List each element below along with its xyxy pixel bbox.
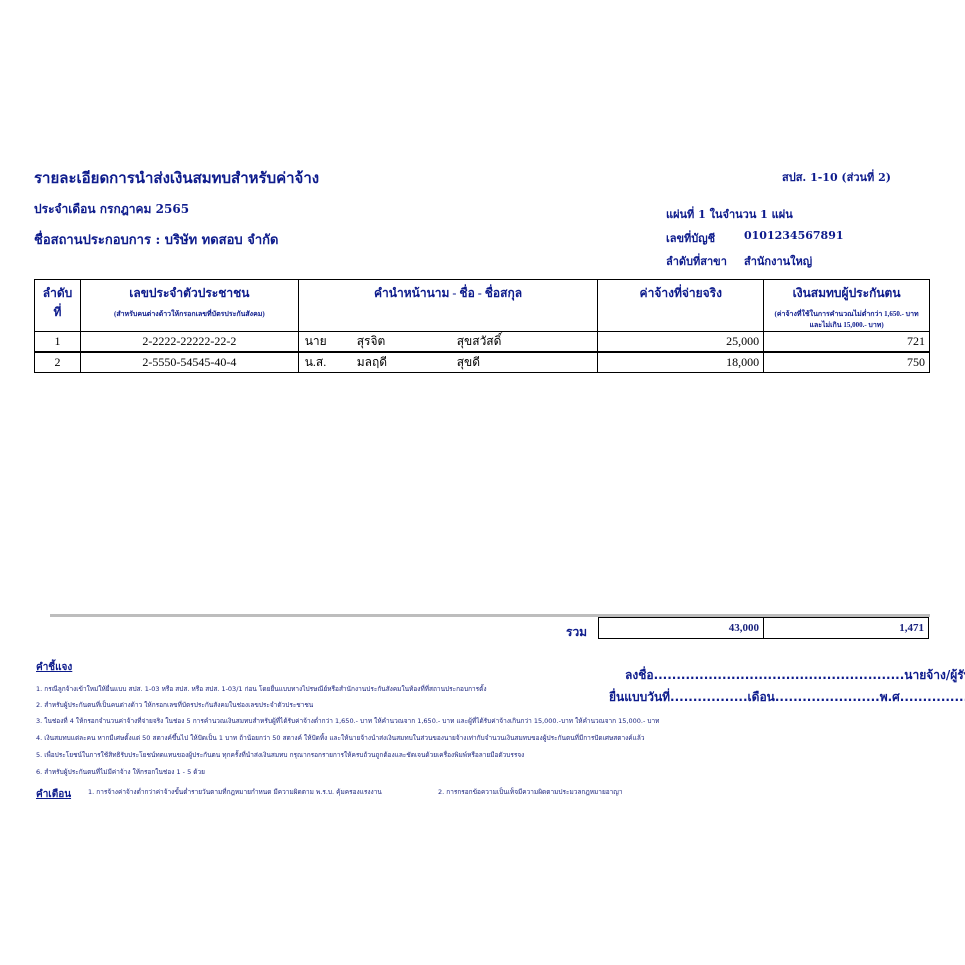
form-code: สปส. 1-10 (ส่วนที่ 2) xyxy=(782,168,891,186)
note-item: 6. สำหรับผู้ประกันตนที่ไม่มีค่าจ้าง ให้ก… xyxy=(36,767,205,777)
submission-date-line: ยื่นแบบวันที่.................เดือน.....… xyxy=(609,688,965,707)
total-contribution: 1,471 xyxy=(764,618,929,639)
cell-id: 2-5550-54545-40-4 xyxy=(80,352,298,373)
col-header-contribution-sub: (ค่าจ้างที่ใช้ในการคำนวณไม่ต่ำกว่า 1,650… xyxy=(768,309,925,331)
note-item: 2. สำหรับผู้ประกันตนที่เป็นคนต่างด้าว ให… xyxy=(36,700,313,710)
first-name: สุรจิต xyxy=(357,332,457,351)
account-row: เลขที่บัญชี 0101234567891 xyxy=(666,229,715,247)
warning-title: คำเตือน xyxy=(36,787,71,802)
col-header-no: ลำดับที่ xyxy=(35,280,81,332)
cell-no: 1 xyxy=(35,332,81,353)
document-title: รายละเอียดการนำส่งเงินสมทบสำหรับค่าจ้าง xyxy=(34,166,319,190)
total-label: รวม xyxy=(566,623,587,642)
note-item: 4. เงินสมทบแต่ละคน หากมีเศษตั้งแต่ 50 สต… xyxy=(36,733,644,743)
account-value: 0101234567891 xyxy=(744,229,844,242)
col-header-contribution: เงินสมทบผู้ประกันตน(ค่าจ้างที่ใช้ในการคำ… xyxy=(764,280,930,332)
note-item: 5. เพื่อประโยชน์ในการใช้สิทธิรับประโยชน์… xyxy=(36,750,524,760)
cell-name: นายสุรจิตสุขสวัสดิ์ xyxy=(298,332,598,353)
last-name: สุขดี xyxy=(457,353,480,372)
warning-item: 2. การกรอกข้อความเป็นเท็จมีความผิดตามประ… xyxy=(438,787,623,797)
col-header-name: คำนำหน้านาม - ชื่อ - ชื่อสกุล xyxy=(298,280,598,332)
col-header-wage: ค่าจ้างที่จ่ายจริง xyxy=(598,280,764,332)
cell-no: 2 xyxy=(35,352,81,373)
note-item: 3. ในช่องที่ 4 ให้กรอกจำนวนค่าจ้างที่จ่า… xyxy=(36,716,659,726)
warning-item: 1. การจ้างค่าจ้างต่ำกว่าค่าจ้างขั้นต่ำรา… xyxy=(88,787,382,797)
contribution-table: ลำดับที่ เลขประจำตัวประชาชน(สำหรับคนต่าง… xyxy=(34,279,930,373)
cell-id: 2-2222-22222-22-2 xyxy=(80,332,298,353)
first-name: มลฤดี xyxy=(357,353,457,372)
account-label: เลขที่บัญชี xyxy=(666,232,715,245)
name-prefix: นาย xyxy=(303,332,357,351)
table-row: 2 2-5550-54545-40-4 น.ส.มลฤดีสุขดี 18,00… xyxy=(35,352,930,373)
table-header-row: ลำดับที่ เลขประจำตัวประชาชน(สำหรับคนต่าง… xyxy=(35,280,930,332)
cell-contribution: 750 xyxy=(764,352,930,373)
total-wage: 43,000 xyxy=(599,618,764,639)
sheet-info: แผ่นที่ 1 ในจำนวน 1 แผ่น xyxy=(666,205,793,223)
branch-label: ลำดับที่สาขา xyxy=(666,255,727,268)
note-item: 1. กรณีลูกจ้างเข้าใหม่ให้ยื่นแบบ สปส. 1-… xyxy=(36,684,487,694)
branch-row: ลำดับที่สาขา สำนักงานใหญ่ xyxy=(666,252,727,270)
col-header-id: เลขประจำตัวประชาชน(สำหรับคนต่างด้าวให้กร… xyxy=(80,280,298,332)
cell-contribution: 721 xyxy=(764,332,930,353)
name-prefix: น.ส. xyxy=(303,353,357,372)
month-line: ประจำเดือน กรกฎาคม 2565 xyxy=(34,200,189,219)
notes-title: คำชี้แจง xyxy=(36,660,72,675)
branch-value: สำนักงานใหญ่ xyxy=(744,252,812,270)
company-line: ชื่อสถานประกอบการ : บริษัท ทดสอบ จำกัด xyxy=(34,229,278,250)
cell-wage: 25,000 xyxy=(598,332,764,353)
total-table: 43,000 1,471 xyxy=(598,617,929,639)
signature-line: ลงชื่อ..................................… xyxy=(625,666,965,685)
table-row: 1 2-2222-22222-22-2 นายสุรจิตสุขสวัสดิ์ … xyxy=(35,332,930,353)
last-name: สุขสวัสดิ์ xyxy=(457,332,502,351)
cell-wage: 18,000 xyxy=(598,352,764,373)
col-header-id-sub: (สำหรับคนต่างด้าวให้กรอกเลขที่บัตรประกัน… xyxy=(85,309,294,320)
cell-name: น.ส.มลฤดีสุขดี xyxy=(298,352,598,373)
